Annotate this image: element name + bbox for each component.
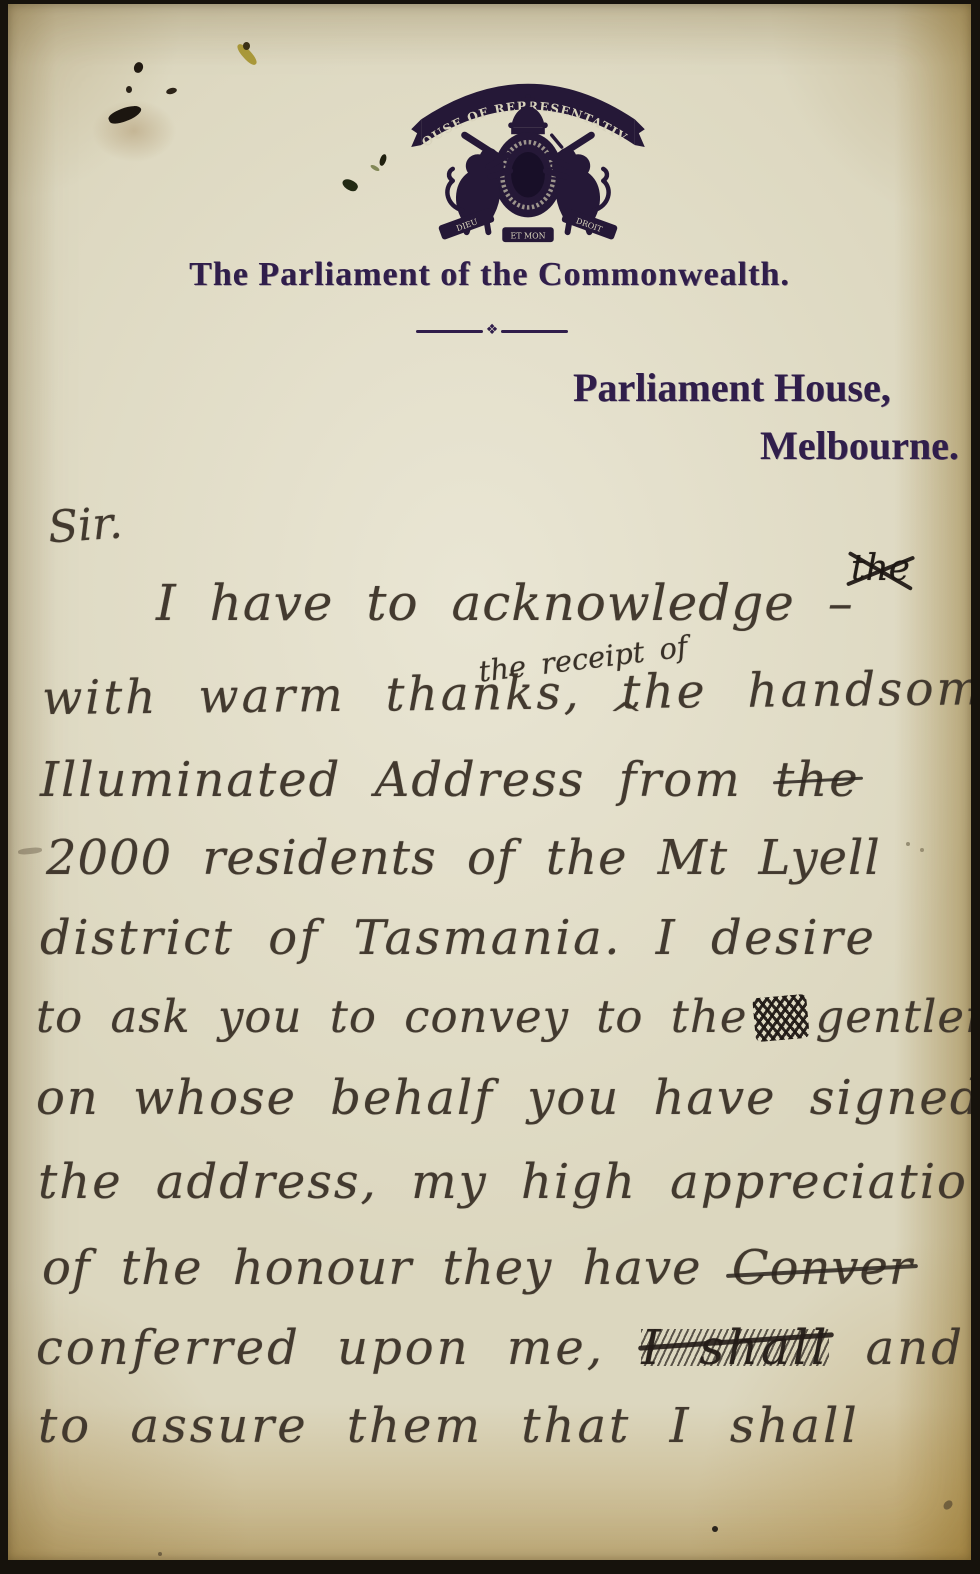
motto-text-center: ET MON: [510, 232, 545, 241]
ink-mark: [942, 1499, 953, 1511]
letterhead-title: The Parliament of the Commonwealth.: [8, 256, 971, 294]
ink-dot: [712, 1526, 718, 1532]
obliterated-word: [752, 994, 810, 1043]
salutation: Sir.: [46, 497, 124, 553]
ink-fleck: [341, 177, 360, 194]
motto-scroll-center: ET MON: [502, 227, 553, 242]
divider-ornament-icon: ❖: [486, 323, 499, 337]
divider-line: [416, 330, 483, 333]
handwritten-line-5: district of Tasmania. I desire: [40, 910, 876, 966]
letterhead-divider: ❖: [416, 324, 568, 338]
line-text: on whose behalf you have signed: [36, 1070, 980, 1126]
line-text: conferred upon me,: [36, 1320, 605, 1376]
handwritten-line-4: 2000 residents of the Mt Lyell: [46, 830, 881, 886]
line-text: the handsome: [621, 661, 980, 720]
handwritten-line-6: to ask you to convey to thegentlemen: [36, 990, 980, 1043]
handwritten-line-2: with warm thanks, the handsome: [42, 661, 980, 726]
ink-dot: [906, 842, 910, 846]
ink-speck: [132, 61, 144, 74]
line-text: district of Tasmania. I desire: [40, 910, 876, 966]
line-text: gentlemen: [816, 990, 980, 1043]
ink-speck: [243, 42, 250, 50]
ink-fleck: [378, 153, 387, 166]
line-text: the address, my high appreciation: [38, 1154, 980, 1210]
struck-out-words: I shall: [641, 1320, 829, 1376]
handwritten-line-1: I have to acknowledge –: [156, 574, 854, 632]
ink-fleck: [370, 164, 381, 172]
line-text: of the honour they have: [42, 1240, 702, 1296]
handwritten-line-11: to assure them that I shall: [38, 1398, 860, 1454]
line-text: to ask you to convey to the: [36, 990, 748, 1043]
handwritten-line-9: of the honour they have Conver: [42, 1240, 913, 1296]
line-text: I have to acknowledge –: [156, 574, 854, 632]
address-line-1: Parliament House,: [573, 364, 891, 411]
handwritten-line-3: Illuminated Address from the: [40, 752, 860, 808]
line-text: with warm thanks,: [42, 665, 582, 726]
address-line-2: Melbourne.: [760, 422, 959, 469]
ink-speck: [165, 87, 177, 96]
struck-out-word-above-line-1: the: [851, 548, 910, 589]
coat-of-arms: HOUSE OF REPRESENTATIVES: [409, 56, 647, 249]
pencil-mark: [18, 847, 42, 855]
handwritten-body: Sir. I have to acknowledge – the the rec…: [8, 4, 971, 45]
divider-line: [501, 330, 568, 333]
line-text: to assure them that I shall: [38, 1398, 860, 1454]
struck-out-word: the: [775, 752, 860, 808]
ink-dot: [158, 1552, 162, 1556]
line-text: 2000 residents of the Mt Lyell: [46, 830, 881, 886]
handwritten-line-8: the address, my high appreciation: [38, 1154, 980, 1210]
struck-out-word: Conver: [732, 1240, 913, 1296]
line-text: Illuminated Address from: [40, 752, 742, 808]
ink-speck: [126, 86, 132, 93]
letter-page: HOUSE OF REPRESENTATIVES: [0, 0, 980, 1574]
handwritten-line-7: on whose behalf you have signed: [36, 1070, 980, 1126]
handwritten-line-10: conferred upon me, I shall and: [36, 1320, 965, 1376]
line-text: and: [866, 1320, 965, 1376]
ink-dot: [920, 848, 924, 852]
